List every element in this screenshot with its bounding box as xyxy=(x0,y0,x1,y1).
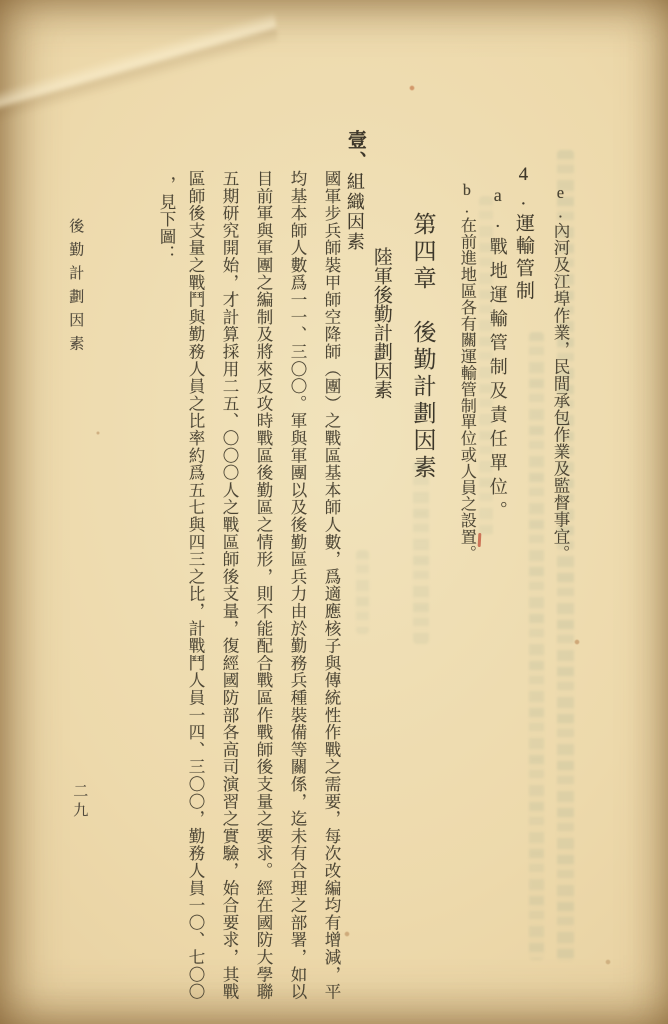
list-item-transport-control: 4.運輸管制 xyxy=(512,164,534,303)
subsection-label: 組織因素 xyxy=(345,172,365,252)
list-item-a: a.戰地運輸管制及責任單位。 xyxy=(487,185,508,525)
body-column: 均基本師人數爲一一、三〇〇。軍與軍團以及後勤區兵力由於勤務兵種裝備等關係，迄未有… xyxy=(287,170,306,1000)
running-title: 後勤計劃因素 xyxy=(66,218,83,359)
red-ink-mark xyxy=(478,533,482,547)
subsection-number: 壹、 xyxy=(345,130,366,172)
bleedthrough-strip xyxy=(356,550,369,634)
body-column: 區師後支量之戰鬥與勤務人員之比率約爲五七與四三之比，計戰鬥人員一四、三〇〇，勤務… xyxy=(185,170,204,1000)
body-column: 五期研究開始，才計算採用二五、〇〇〇人之戰區師後支量，復經國防部各高司演習之實驗… xyxy=(219,170,238,1000)
scanned-document-page: e.內河及江埠作業，民間承包作業及監督事宜。 4.運輸管制 a.戰地運輸管制及責… xyxy=(0,0,668,1024)
body-column: 目前軍與軍團之編制及將來反攻時戰區後勤區之情形，則不能配合戰區作戰師後支量之要求… xyxy=(253,170,272,1000)
section-title: 陸軍後勤計劃因素 xyxy=(370,247,392,399)
body-column: ，見下圖： xyxy=(156,176,175,263)
list-item-e: e.內河及江埠作業，民間承包作業及監督事宜。 xyxy=(550,183,569,562)
list-item-b: b.在前進地區各有關運輸管制單位或人員之設置。 xyxy=(457,182,475,561)
page-number: 二九 xyxy=(70,783,87,821)
body-column: 國軍步兵師裝甲師空降師（團）之戰區基本師人數，爲適應核子與傳統性作戰之需要，每次… xyxy=(321,170,340,1000)
bleedthrough-strip xyxy=(529,332,544,960)
paper-crease xyxy=(0,0,285,136)
chapter-title: 第四章 後勤計劃因素 xyxy=(409,212,435,482)
bleedthrough-strip xyxy=(413,462,429,644)
subsection-title: 壹、組織因素 xyxy=(344,130,366,252)
